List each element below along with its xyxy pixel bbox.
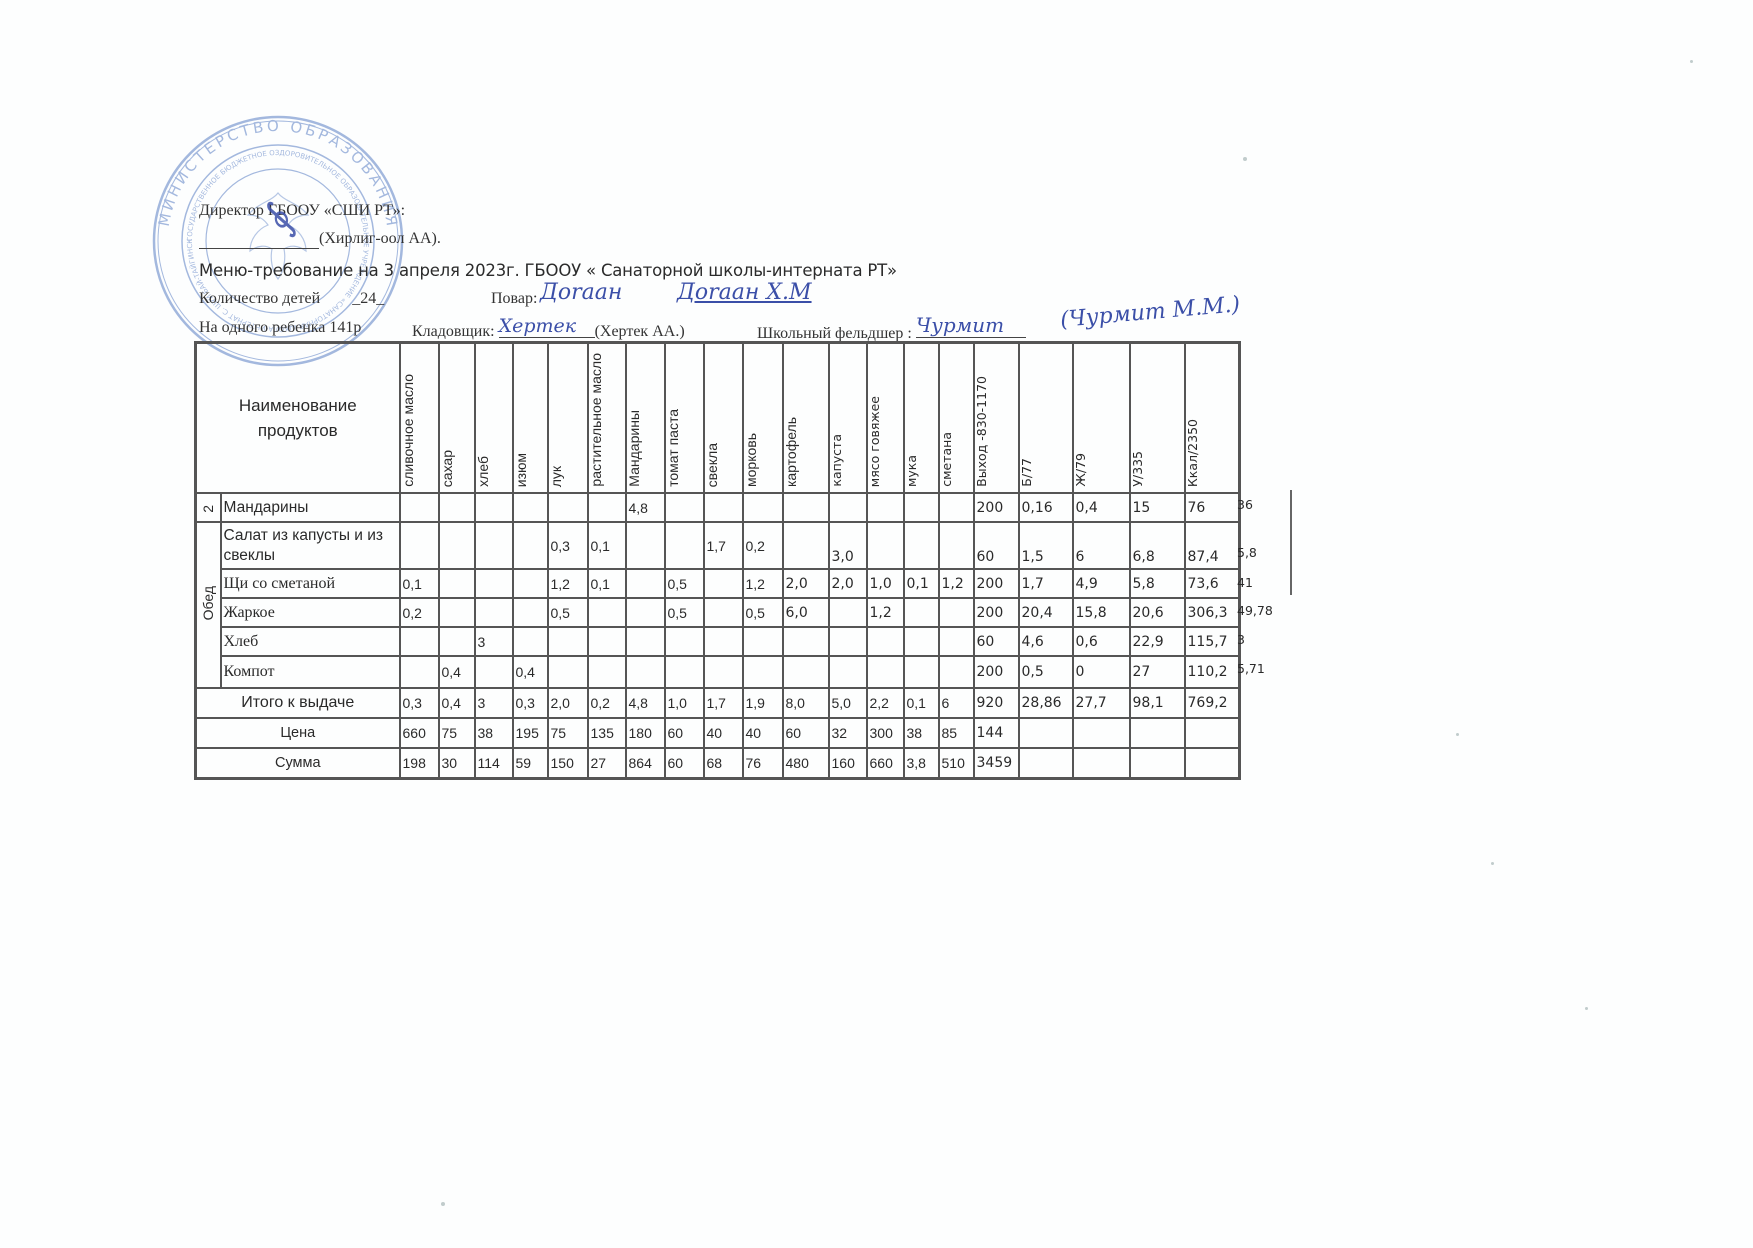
cell-value: 0,4 bbox=[513, 656, 548, 688]
cell-value: 2,0 bbox=[783, 569, 829, 598]
extra-value: 49,78 bbox=[1237, 603, 1273, 618]
column-header: хлеб bbox=[475, 343, 513, 494]
cell-value bbox=[939, 598, 974, 627]
summary-value: 114 bbox=[475, 748, 513, 778]
summary-row: Итого к выдаче0,30,430,32,00,24,81,01,71… bbox=[196, 688, 1240, 718]
summary-value bbox=[1185, 748, 1240, 778]
cell-value bbox=[704, 493, 743, 522]
column-header-text: мясо говяжее bbox=[868, 396, 881, 487]
column-header-text: капуста bbox=[830, 434, 843, 487]
cell-value bbox=[704, 656, 743, 688]
summary-value: 160 bbox=[829, 748, 867, 778]
cell-value bbox=[939, 522, 974, 569]
column-header-text: картофель bbox=[784, 417, 799, 487]
cell-value bbox=[783, 627, 829, 656]
cell-value bbox=[439, 627, 475, 656]
scan-speck bbox=[1585, 1007, 1588, 1010]
cell-value bbox=[829, 627, 867, 656]
scan-speck bbox=[1456, 733, 1459, 736]
cell-value: 1,2 bbox=[867, 598, 904, 627]
summary-value bbox=[1019, 718, 1073, 748]
extra-value: 41 bbox=[1237, 575, 1253, 590]
cell-value: 2,0 bbox=[829, 569, 867, 598]
dish-name: Компот bbox=[221, 656, 400, 688]
column-header: сливочное масло bbox=[400, 343, 439, 494]
summary-value: 3 bbox=[475, 688, 513, 718]
director-signature-line: (Хирлиг-оол АА). bbox=[199, 230, 441, 249]
summary-value: 0,4 bbox=[439, 688, 475, 718]
cell-value bbox=[867, 493, 904, 522]
meal-group-text: Обед bbox=[201, 586, 216, 620]
summary-value: 60 bbox=[665, 748, 704, 778]
summary-value: 480 bbox=[783, 748, 829, 778]
dish-name: Мандарины bbox=[221, 493, 400, 522]
column-header: капуста bbox=[829, 343, 867, 494]
summary-value bbox=[1019, 748, 1073, 778]
storekeeper-name: (Хертек АА.) bbox=[595, 323, 685, 340]
cell-value: 76 bbox=[1185, 493, 1240, 522]
cell-value bbox=[743, 656, 783, 688]
cell-value: 0,4 bbox=[1073, 493, 1130, 522]
dish-name: Салат из капусты и из свеклы bbox=[221, 522, 400, 569]
summary-value: 76 bbox=[743, 748, 783, 778]
extra-value: 5,71 bbox=[1237, 661, 1265, 676]
cell-value bbox=[665, 493, 704, 522]
cell-value: 4,6 bbox=[1019, 627, 1073, 656]
column-header: Ж/79 bbox=[1073, 343, 1130, 494]
column-header: картофель bbox=[783, 343, 829, 494]
cell-value bbox=[513, 627, 548, 656]
column-header-text: лук bbox=[549, 466, 564, 487]
summary-value: 195 bbox=[513, 718, 548, 748]
summary-value: 59 bbox=[513, 748, 548, 778]
summary-value: 5,0 bbox=[829, 688, 867, 718]
extra-value: 3 bbox=[1237, 632, 1245, 647]
name-column-header: Наименование продуктов bbox=[196, 343, 400, 494]
children-count: _24_ bbox=[352, 290, 384, 307]
cell-value bbox=[867, 627, 904, 656]
cell-value bbox=[743, 627, 783, 656]
cell-value bbox=[548, 627, 588, 656]
summary-value: 38 bbox=[475, 718, 513, 748]
summary-value bbox=[1130, 718, 1185, 748]
cell-value: 306,3 bbox=[1185, 598, 1240, 627]
summary-value: 300 bbox=[867, 718, 904, 748]
cell-value bbox=[439, 522, 475, 569]
cell-value bbox=[400, 627, 439, 656]
column-header: лук bbox=[548, 343, 588, 494]
cell-value: 200 bbox=[974, 493, 1019, 522]
column-header: сахар bbox=[439, 343, 475, 494]
cell-value bbox=[439, 569, 475, 598]
summary-value: 98,1 bbox=[1130, 688, 1185, 718]
cell-value: 15,8 bbox=[1073, 598, 1130, 627]
summary-value: 85 bbox=[939, 718, 974, 748]
children-count-line: Количество детей _24_ bbox=[199, 290, 384, 308]
cell-value bbox=[939, 493, 974, 522]
cell-value bbox=[626, 569, 665, 598]
medic-signature-full: (Чурмит М.М.) bbox=[1059, 292, 1241, 333]
summary-value bbox=[1073, 718, 1130, 748]
cell-value: 0,6 bbox=[1073, 627, 1130, 656]
summary-value: 4,8 bbox=[626, 688, 665, 718]
summary-value: 28,86 bbox=[1019, 688, 1073, 718]
cell-value: 22,9 bbox=[1130, 627, 1185, 656]
column-header: Б/77 bbox=[1019, 343, 1073, 494]
extra-value: 36 bbox=[1237, 497, 1253, 512]
cell-value bbox=[665, 522, 704, 569]
cell-value bbox=[867, 656, 904, 688]
table-header-row: Наименование продуктов сливочное маслоса… bbox=[196, 343, 1240, 494]
cell-value bbox=[829, 656, 867, 688]
column-header-text: У/335 bbox=[1131, 451, 1144, 487]
cell-value: 0,3 bbox=[548, 522, 588, 569]
cell-value: 0,1 bbox=[588, 569, 626, 598]
cell-value: 87,4 bbox=[1185, 522, 1240, 569]
column-header: Мандарины bbox=[626, 343, 665, 494]
summary-row: Сумма1983011459150278646068764801606603,… bbox=[196, 748, 1240, 778]
cell-value: 0,5 bbox=[1019, 656, 1073, 688]
storekeeper-label: Кладовщик: bbox=[412, 323, 495, 340]
table-row: Жаркое0,20,50,50,56,01,220020,415,820,63… bbox=[196, 598, 1240, 627]
cell-value: 0 bbox=[1073, 656, 1130, 688]
summary-value: 144 bbox=[974, 718, 1019, 748]
summary-value: 0,3 bbox=[513, 688, 548, 718]
cell-value: 110,2 bbox=[1185, 656, 1240, 688]
summary-row: Цена660753819575135180604040603230038851… bbox=[196, 718, 1240, 748]
cell-value: 0,16 bbox=[1019, 493, 1073, 522]
summary-label: Цена bbox=[196, 718, 400, 748]
cell-value bbox=[704, 598, 743, 627]
cell-value: 0,5 bbox=[665, 569, 704, 598]
cell-value: 20,6 bbox=[1130, 598, 1185, 627]
signature-blank bbox=[199, 230, 319, 249]
meal-group-text: 2 bbox=[201, 505, 216, 513]
summary-value: 40 bbox=[704, 718, 743, 748]
cell-value bbox=[626, 627, 665, 656]
summary-value: 38 bbox=[904, 718, 939, 748]
summary-value bbox=[1073, 748, 1130, 778]
cell-value bbox=[939, 627, 974, 656]
summary-value: 1,9 bbox=[743, 688, 783, 718]
cell-value: 0,5 bbox=[743, 598, 783, 627]
summary-value: 660 bbox=[400, 718, 439, 748]
summary-value: 135 bbox=[588, 718, 626, 748]
summary-value: 6 bbox=[939, 688, 974, 718]
summary-value: 27,7 bbox=[1073, 688, 1130, 718]
cell-value: 0,1 bbox=[588, 522, 626, 569]
cell-value: 6 bbox=[1073, 522, 1130, 569]
cell-value: 1,7 bbox=[1019, 569, 1073, 598]
summary-label: Сумма bbox=[196, 748, 400, 778]
cell-value: 0,1 bbox=[904, 569, 939, 598]
summary-value: 32 bbox=[829, 718, 867, 748]
summary-label: Итого к выдаче bbox=[196, 688, 400, 718]
per-child-cost: На одного ребенка 141р bbox=[199, 319, 361, 337]
cell-value: 5,8 bbox=[1130, 569, 1185, 598]
cell-value bbox=[439, 493, 475, 522]
summary-value: 150 bbox=[548, 748, 588, 778]
summary-value: 3,8 bbox=[904, 748, 939, 778]
column-header-text: сливочное масло bbox=[401, 374, 416, 487]
summary-value: 0,2 bbox=[588, 688, 626, 718]
cell-value bbox=[704, 569, 743, 598]
cell-value bbox=[513, 598, 548, 627]
cell-value bbox=[513, 493, 548, 522]
cell-value bbox=[475, 522, 513, 569]
column-header: мука bbox=[904, 343, 939, 494]
scan-speck bbox=[1243, 157, 1247, 161]
cell-value bbox=[829, 493, 867, 522]
table-row: Хлеб3604,60,622,9115,7 bbox=[196, 627, 1240, 656]
cell-value bbox=[665, 656, 704, 688]
cell-value bbox=[400, 522, 439, 569]
scan-speck bbox=[1690, 60, 1693, 63]
column-header: У/335 bbox=[1130, 343, 1185, 494]
column-header-text: Б/77 bbox=[1020, 458, 1033, 487]
column-header-text: Выход -830-1170 bbox=[975, 376, 988, 487]
cook-signature-full: Доrаан Х.М bbox=[677, 280, 812, 305]
cell-value bbox=[939, 656, 974, 688]
cell-value bbox=[475, 598, 513, 627]
cell-value: 115,7 bbox=[1185, 627, 1240, 656]
cell-value: 1,5 bbox=[1019, 522, 1073, 569]
name-header-text: Наименование продуктов bbox=[223, 393, 373, 444]
cell-value: 4,9 bbox=[1073, 569, 1130, 598]
cell-value bbox=[548, 656, 588, 688]
scan-speck bbox=[441, 1202, 445, 1206]
summary-value: 40 bbox=[743, 718, 783, 748]
column-header-text: мука bbox=[905, 455, 918, 487]
children-label: Количество детей bbox=[199, 290, 320, 307]
cell-value: 27 bbox=[1130, 656, 1185, 688]
summary-value: 27 bbox=[588, 748, 626, 778]
cell-value bbox=[513, 522, 548, 569]
column-header-text: свекла bbox=[705, 443, 720, 487]
cell-value: 0,4 bbox=[439, 656, 475, 688]
summary-value: 510 bbox=[939, 748, 974, 778]
cell-value bbox=[400, 656, 439, 688]
column-header-text: изюм bbox=[514, 453, 529, 487]
summary-value: 198 bbox=[400, 748, 439, 778]
column-header-text: морковь bbox=[744, 433, 759, 487]
cell-value: 1,2 bbox=[548, 569, 588, 598]
column-header: растительное масло bbox=[588, 343, 626, 494]
cell-value bbox=[867, 522, 904, 569]
column-header-text: Мандарины bbox=[627, 410, 642, 487]
cell-value: 0,2 bbox=[400, 598, 439, 627]
summary-value: 75 bbox=[548, 718, 588, 748]
meal-group-label: Обед bbox=[196, 522, 221, 688]
page-title: Меню-требование на 3 апреля 2023г. ГБООУ… bbox=[199, 261, 897, 280]
column-header-text: сахар bbox=[440, 450, 455, 487]
column-header: свекла bbox=[704, 343, 743, 494]
cell-value bbox=[626, 522, 665, 569]
cell-value bbox=[904, 522, 939, 569]
cell-value bbox=[588, 598, 626, 627]
cell-value bbox=[588, 627, 626, 656]
cell-value: 0,1 bbox=[400, 569, 439, 598]
cook-label: Повар: bbox=[491, 290, 537, 308]
cell-value: 20,4 bbox=[1019, 598, 1073, 627]
cell-value: 15 bbox=[1130, 493, 1185, 522]
cell-value bbox=[475, 569, 513, 598]
cell-value: 0,5 bbox=[665, 598, 704, 627]
cell-value: 4,8 bbox=[626, 493, 665, 522]
cell-value bbox=[665, 627, 704, 656]
scan-speck bbox=[1491, 862, 1494, 865]
cell-value: 6,0 bbox=[783, 598, 829, 627]
summary-value: 2,2 bbox=[867, 688, 904, 718]
column-header-text: сметана bbox=[940, 432, 953, 487]
cell-value bbox=[704, 627, 743, 656]
cell-value: 1,2 bbox=[743, 569, 783, 598]
summary-value: 864 bbox=[626, 748, 665, 778]
menu-requisition-table: Наименование продуктов сливочное маслоса… bbox=[194, 341, 1241, 780]
cell-value bbox=[783, 493, 829, 522]
extra-value: 5,8 bbox=[1237, 545, 1257, 560]
cell-value bbox=[904, 627, 939, 656]
cell-value bbox=[626, 656, 665, 688]
column-header-text: растительное масло bbox=[589, 353, 604, 487]
cell-value bbox=[904, 598, 939, 627]
cell-value: 200 bbox=[974, 656, 1019, 688]
cell-value bbox=[548, 493, 588, 522]
cook-signature: Доrаан bbox=[540, 280, 622, 305]
column-header-text: Ж/79 bbox=[1074, 453, 1087, 487]
summary-value: 75 bbox=[439, 718, 475, 748]
summary-value: 1,0 bbox=[665, 688, 704, 718]
cell-value bbox=[439, 598, 475, 627]
cell-value bbox=[588, 493, 626, 522]
summary-value: 3459 bbox=[974, 748, 1019, 778]
summary-value: 1,7 bbox=[704, 688, 743, 718]
cell-value: 60 bbox=[974, 522, 1019, 569]
cell-value bbox=[783, 656, 829, 688]
dish-name: Жаркое bbox=[221, 598, 400, 627]
cell-value bbox=[588, 656, 626, 688]
summary-value: 0,1 bbox=[904, 688, 939, 718]
cell-value: 60 bbox=[974, 627, 1019, 656]
column-header: морковь bbox=[743, 343, 783, 494]
cell-value bbox=[475, 656, 513, 688]
cell-value bbox=[829, 598, 867, 627]
cell-value bbox=[783, 522, 829, 569]
summary-value bbox=[1130, 748, 1185, 778]
cell-value: 73,6 bbox=[1185, 569, 1240, 598]
cell-value: 0,5 bbox=[548, 598, 588, 627]
cell-value bbox=[513, 569, 548, 598]
cell-value: 3 bbox=[475, 627, 513, 656]
column-header: мясо говяжее bbox=[867, 343, 904, 494]
summary-value: 30 bbox=[439, 748, 475, 778]
table-row: ОбедСалат из капусты и из свеклы0,30,11,… bbox=[196, 522, 1240, 569]
storekeeper-signature: Хертек bbox=[499, 315, 595, 338]
dish-name: Щи со сметаной bbox=[221, 569, 400, 598]
dish-name: Хлеб bbox=[221, 627, 400, 656]
cell-value bbox=[475, 493, 513, 522]
cell-value bbox=[626, 598, 665, 627]
medic-label: Школьный фельдшер : bbox=[757, 325, 912, 342]
cell-value: 1,0 bbox=[867, 569, 904, 598]
column-header-text: хлеб bbox=[476, 456, 491, 487]
column-header: Ккал/2350 bbox=[1185, 343, 1240, 494]
summary-value: 2,0 bbox=[548, 688, 588, 718]
column-header: сметана bbox=[939, 343, 974, 494]
summary-value: 920 bbox=[974, 688, 1019, 718]
medic-signature: Чурмит bbox=[916, 313, 1026, 338]
column-header-text: Ккал/2350 bbox=[1186, 419, 1199, 487]
cell-value: 6,8 bbox=[1130, 522, 1185, 569]
column-header: Выход -830-1170 bbox=[974, 343, 1019, 494]
director-label: Директор ГБООУ «СШИ РТ»: bbox=[199, 202, 405, 220]
cell-value: 1,2 bbox=[939, 569, 974, 598]
meal-group-label: 2 bbox=[196, 493, 221, 522]
column-header: томат паста bbox=[665, 343, 704, 494]
summary-value bbox=[1185, 718, 1240, 748]
summary-value: 769,2 bbox=[1185, 688, 1240, 718]
cell-value bbox=[904, 493, 939, 522]
cell-value bbox=[743, 493, 783, 522]
cell-value: 0,2 bbox=[743, 522, 783, 569]
table-row: Компот0,40,42000,5027110,2 bbox=[196, 656, 1240, 688]
table-row: Щи со сметаной0,11,20,10,51,22,02,01,00,… bbox=[196, 569, 1240, 598]
director-name: (Хирлиг-оол АА). bbox=[319, 230, 441, 247]
summary-value: 68 bbox=[704, 748, 743, 778]
summary-value: 8,0 bbox=[783, 688, 829, 718]
cell-value: 200 bbox=[974, 598, 1019, 627]
margin-line bbox=[1290, 490, 1292, 595]
summary-value: 0,3 bbox=[400, 688, 439, 718]
storekeeper-line: Кладовщик: Хертек(Хертек АА.) bbox=[412, 319, 685, 342]
table-row: 2Мандарины4,82000,160,41576 bbox=[196, 493, 1240, 522]
column-header-text: томат паста bbox=[666, 409, 681, 487]
cell-value bbox=[904, 656, 939, 688]
column-header: изюм bbox=[513, 343, 548, 494]
cell-value: 200 bbox=[974, 569, 1019, 598]
cell-value bbox=[400, 493, 439, 522]
summary-value: 180 bbox=[626, 718, 665, 748]
cell-value: 1,7 bbox=[704, 522, 743, 569]
cell-value: 3,0 bbox=[829, 522, 867, 569]
summary-value: 60 bbox=[665, 718, 704, 748]
summary-value: 660 bbox=[867, 748, 904, 778]
summary-value: 60 bbox=[783, 718, 829, 748]
